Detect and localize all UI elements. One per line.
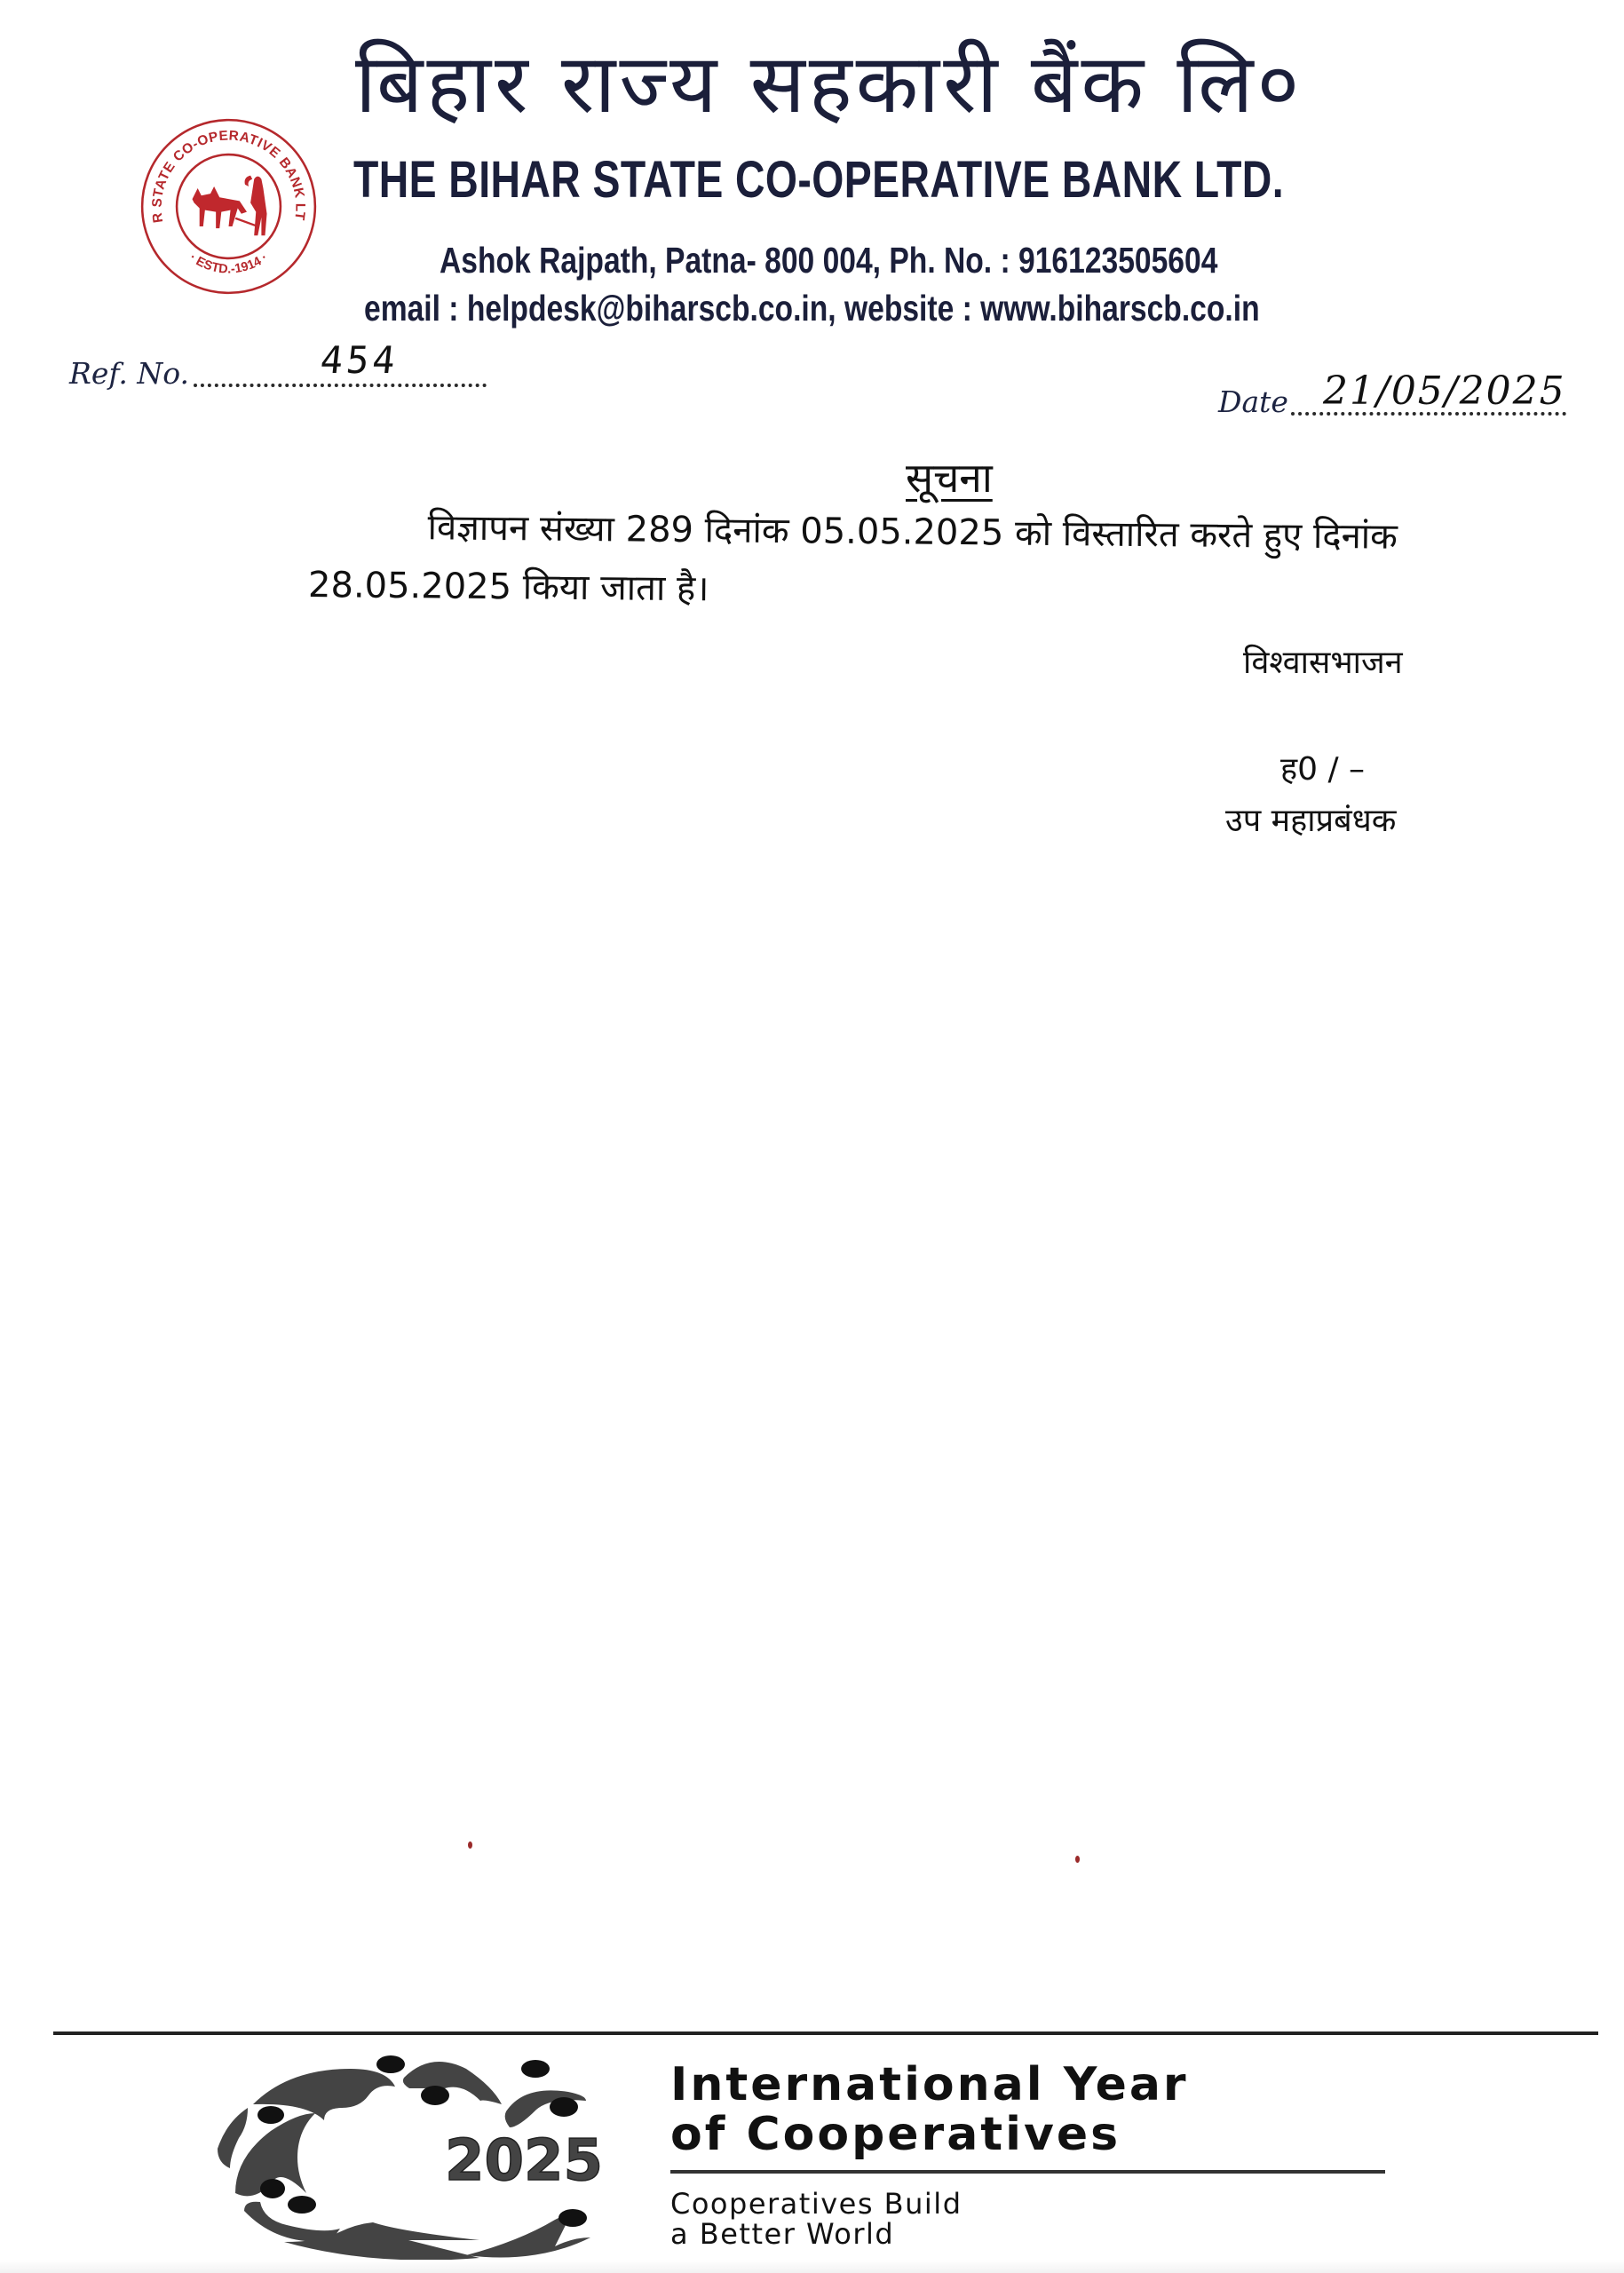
iyc-divider — [670, 2170, 1385, 2174]
reference-number-field: Ref. No. 454 — [69, 345, 424, 398]
ink-speck — [468, 1841, 472, 1849]
notice-heading: सूचना — [906, 451, 993, 504]
notice-body-text: विज्ञापन संख्या 289 दिनांक 05.05.2025 को… — [308, 497, 1579, 627]
svg-text:· ESTD.-1914 ·: · ESTD.-1914 · — [186, 250, 270, 276]
signatory-title: उप महाप्रबंधक — [1225, 797, 1396, 841]
bank-contact: email : helpdesk@biharscb.co.in, website… — [364, 286, 1260, 330]
closing-salutation: विश्वासभाजन — [1243, 639, 1403, 683]
bank-address: Ashok Rajpath, Patna- 800 004, Ph. No. :… — [440, 238, 1217, 282]
bank-name-hindi: बिहार राज्य सहकारी बैंक लि० — [355, 36, 1438, 133]
date-label: Date — [1218, 384, 1288, 419]
iyc-title-line1: International Year — [670, 2060, 1189, 2110]
iyc-title: International Year of Cooperatives — [670, 2060, 1189, 2159]
ref-label: Ref. No. — [69, 356, 189, 391]
iyc-logo-year: 2025 — [445, 2128, 603, 2194]
date-field: Date 21/05/2025 — [1218, 364, 1573, 426]
iyc-tagline-line1: Cooperatives Build — [670, 2189, 963, 2219]
iyc-tagline: Cooperatives Build a Better World — [670, 2189, 963, 2249]
ref-value-handwritten: 454 — [318, 338, 400, 382]
iyc-tagline-line2: a Better World — [670, 2219, 963, 2249]
ink-speck — [1075, 1856, 1080, 1863]
bank-seal-logo: THE BIHAR STATE CO-OPERATIVE BANK LTD., … — [138, 115, 320, 297]
ref-dotted-line — [194, 384, 487, 387]
signature-marker: ह0 / – — [1280, 746, 1365, 789]
date-value-handwritten: 21/05/2025 — [1323, 368, 1566, 414]
iyc-2025-logo: 2025 — [200, 2042, 644, 2264]
page-edge — [0, 2260, 1624, 2273]
notice-body: विज्ञापन संख्या 289 दिनांक 05.05.2025 को… — [308, 497, 1579, 627]
plough-oxen-farmer-icon — [193, 176, 267, 236]
bank-name-english: THE BIHAR STATE CO-OPERATIVE BANK LTD. — [353, 149, 1284, 211]
iyc-title-line2: of Cooperatives — [670, 2110, 1189, 2159]
seal-ring-text-bottom: · ESTD.-1914 · — [186, 250, 270, 276]
footer-divider — [53, 2031, 1598, 2035]
